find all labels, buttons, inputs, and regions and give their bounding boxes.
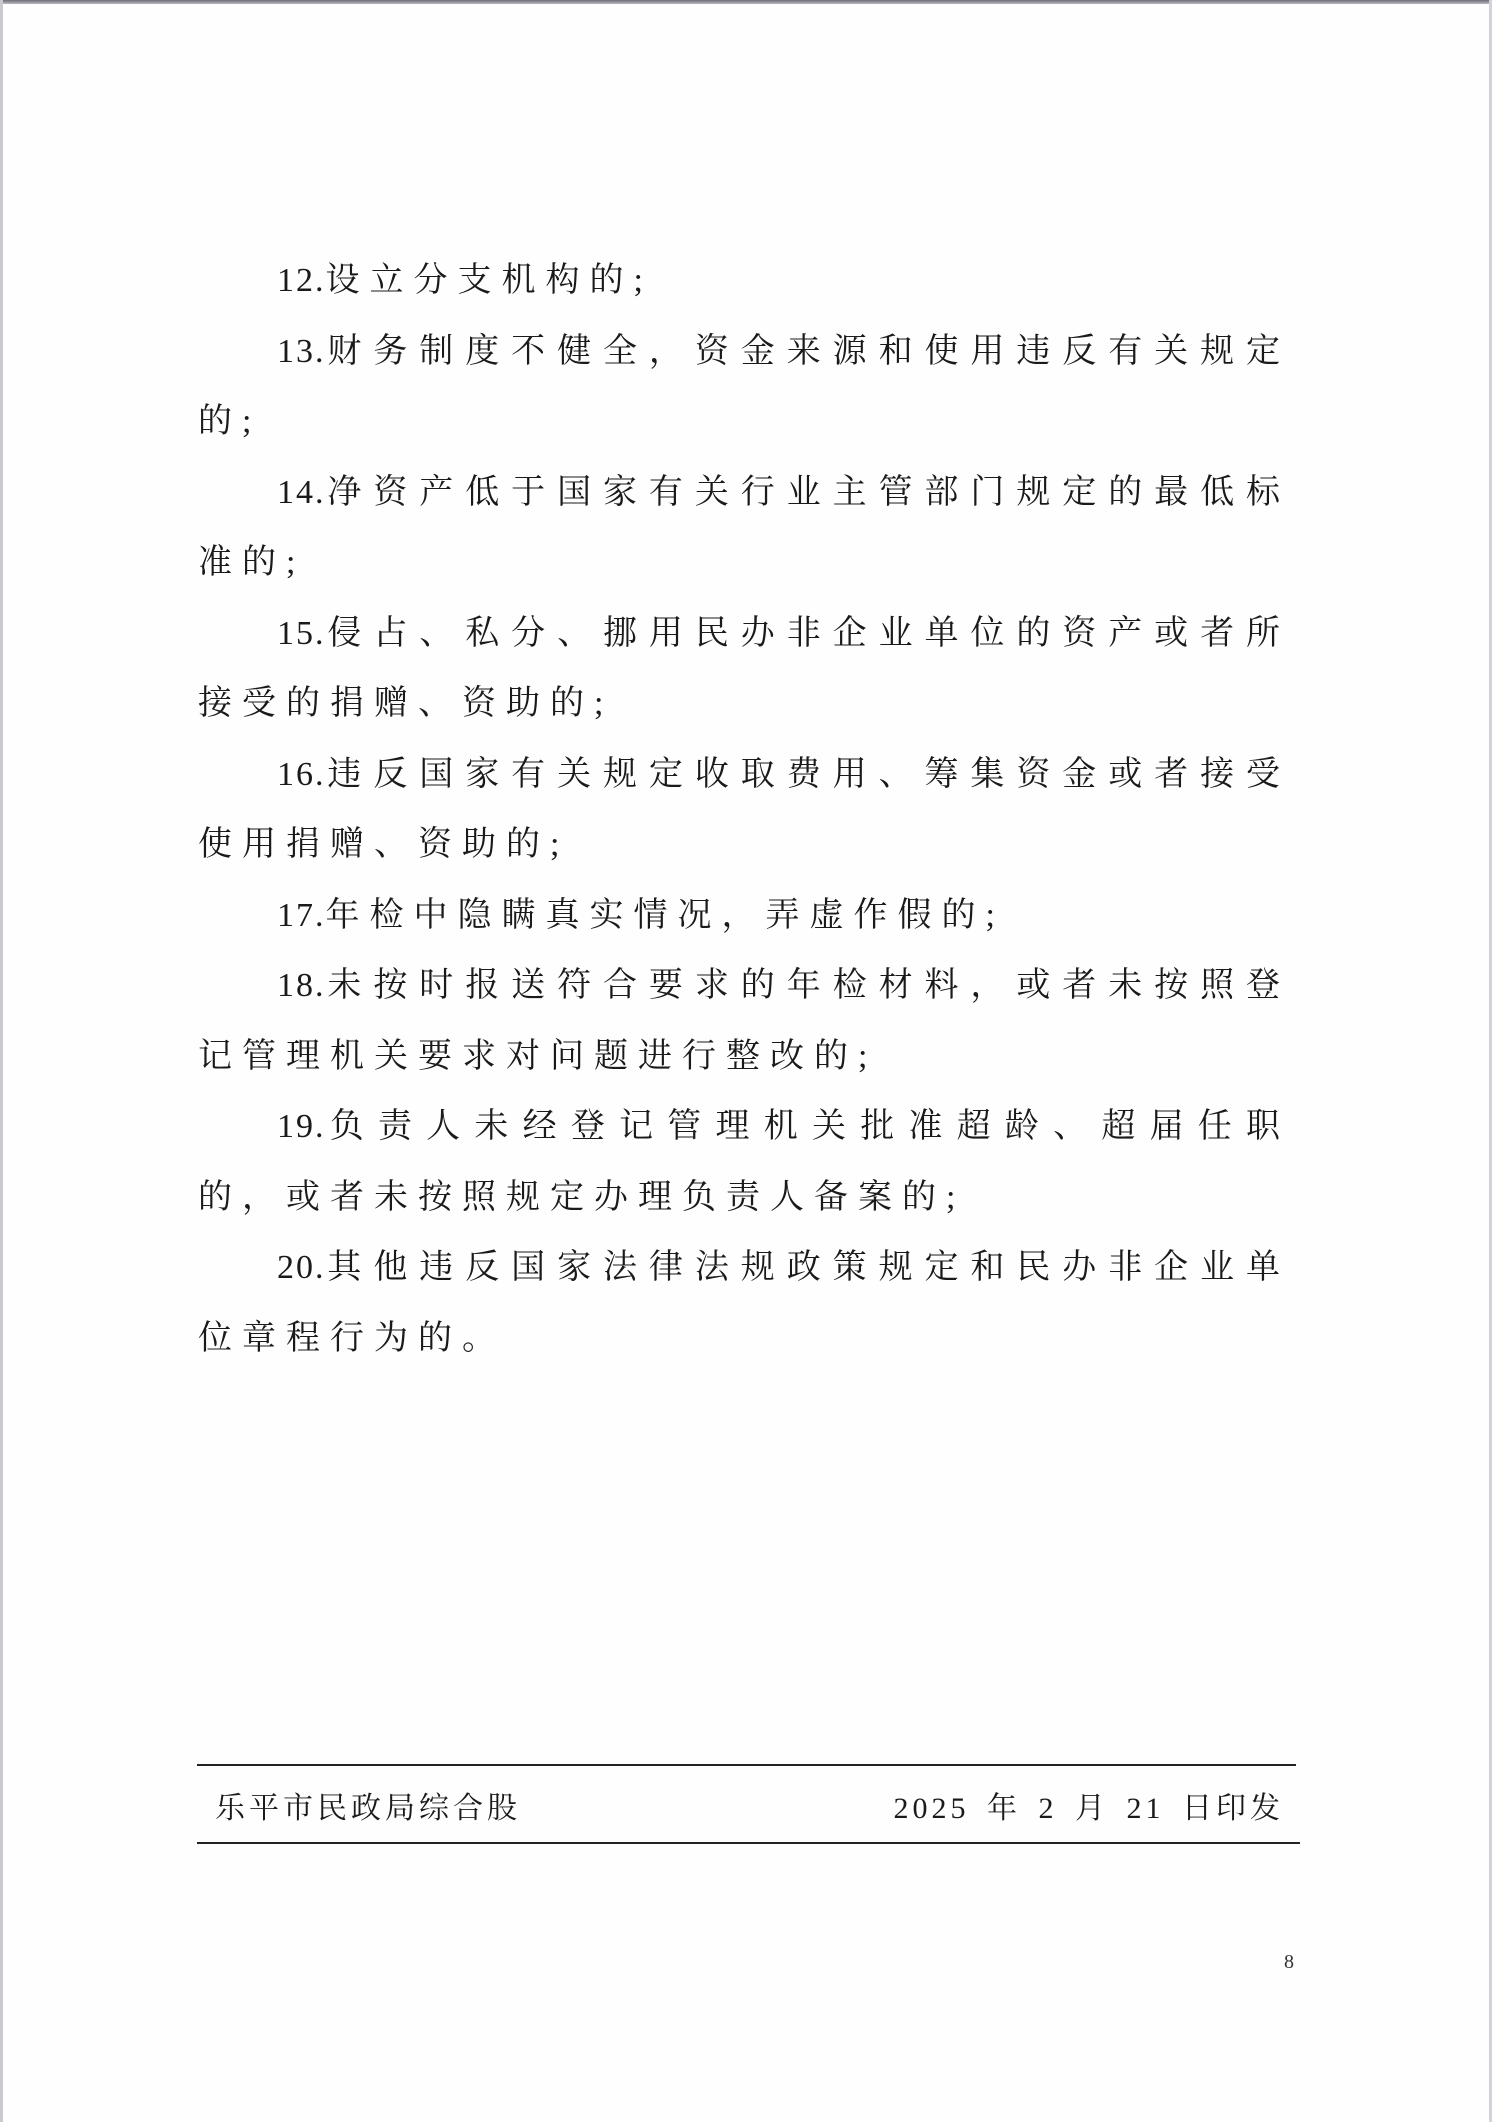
item-number: 12. — [277, 262, 326, 299]
item-text: 设立分支机构的; — [326, 262, 653, 299]
item-number: 19. — [277, 1108, 326, 1145]
item-number: 18. — [277, 967, 326, 1004]
scan-edge-top — [0, 0, 1492, 4]
item-number: 20. — [277, 1249, 326, 1286]
list-item-15: 15.侵占、私分、挪用民办非企业单位的资产或者所接受的捐赠、资助的; — [198, 599, 1290, 740]
list-item-18: 18.未按时报送符合要求的年检材料，或者未按照登记管理机关要求对问题进行整改的; — [198, 951, 1290, 1092]
item-text: 侵占、私分、挪用民办非企业单位的资产或者所接受的捐赠、资助的; — [198, 615, 1290, 723]
footer-issue-date: 2025 年 2 月 21 日印发 — [894, 1789, 1285, 1829]
footer-bottom-rule — [197, 1842, 1300, 1844]
item-number: 17. — [277, 897, 326, 934]
item-text: 其他违反国家法律法规政策规定和民办非企业单位章程行为的。 — [198, 1249, 1290, 1357]
page-number: 8 — [1284, 1950, 1294, 1974]
item-text: 违反国家有关规定收取费用、筹集资金或者接受使用捐赠、资助的; — [198, 756, 1290, 864]
list-item-13: 13.财务制度不健全，资金来源和使用违反有关规定的; — [198, 317, 1290, 458]
document-page: 12.设立分支机构的; 13.财务制度不健全，资金来源和使用违反有关规定的; 1… — [0, 0, 1492, 2122]
list-item-14: 14.净资产低于国家有关行业主管部门规定的最低标准的; — [198, 458, 1290, 599]
list-item-17: 17.年检中隐瞒真实情况，弄虚作假的; — [198, 881, 1290, 952]
item-number: 15. — [277, 615, 326, 652]
list-item-19: 19.负责人未经登记管理机关批准超龄、超届任职的，或者未按照规定办理负责人备案的… — [198, 1092, 1290, 1233]
item-text: 未按时报送符合要求的年检材料，或者未按照登记管理机关要求对问题进行整改的; — [198, 967, 1290, 1075]
item-text: 财务制度不健全，资金来源和使用违反有关规定的; — [198, 333, 1290, 441]
list-item-12: 12.设立分支机构的; — [198, 246, 1290, 317]
item-number: 16. — [277, 756, 326, 793]
item-number: 14. — [277, 474, 326, 511]
item-text: 负责人未经登记管理机关批准超龄、超届任职的，或者未按照规定办理负责人备案的; — [198, 1108, 1290, 1216]
list-item-16: 16.违反国家有关规定收取费用、筹集资金或者接受使用捐赠、资助的; — [198, 740, 1290, 881]
footer-issuer: 乐平市民政局综合股 — [215, 1789, 521, 1829]
item-text: 净资产低于国家有关行业主管部门规定的最低标准的; — [198, 474, 1290, 582]
footer-top-rule — [197, 1764, 1296, 1766]
scan-edge-left — [0, 0, 3, 2122]
item-text: 年检中隐瞒真实情况，弄虚作假的; — [326, 897, 1005, 934]
list-item-20: 20.其他违反国家法律法规政策规定和民办非企业单位章程行为的。 — [198, 1233, 1290, 1374]
document-body: 12.设立分支机构的; 13.财务制度不健全，资金来源和使用违反有关规定的; 1… — [198, 246, 1290, 1374]
item-number: 13. — [277, 333, 326, 370]
